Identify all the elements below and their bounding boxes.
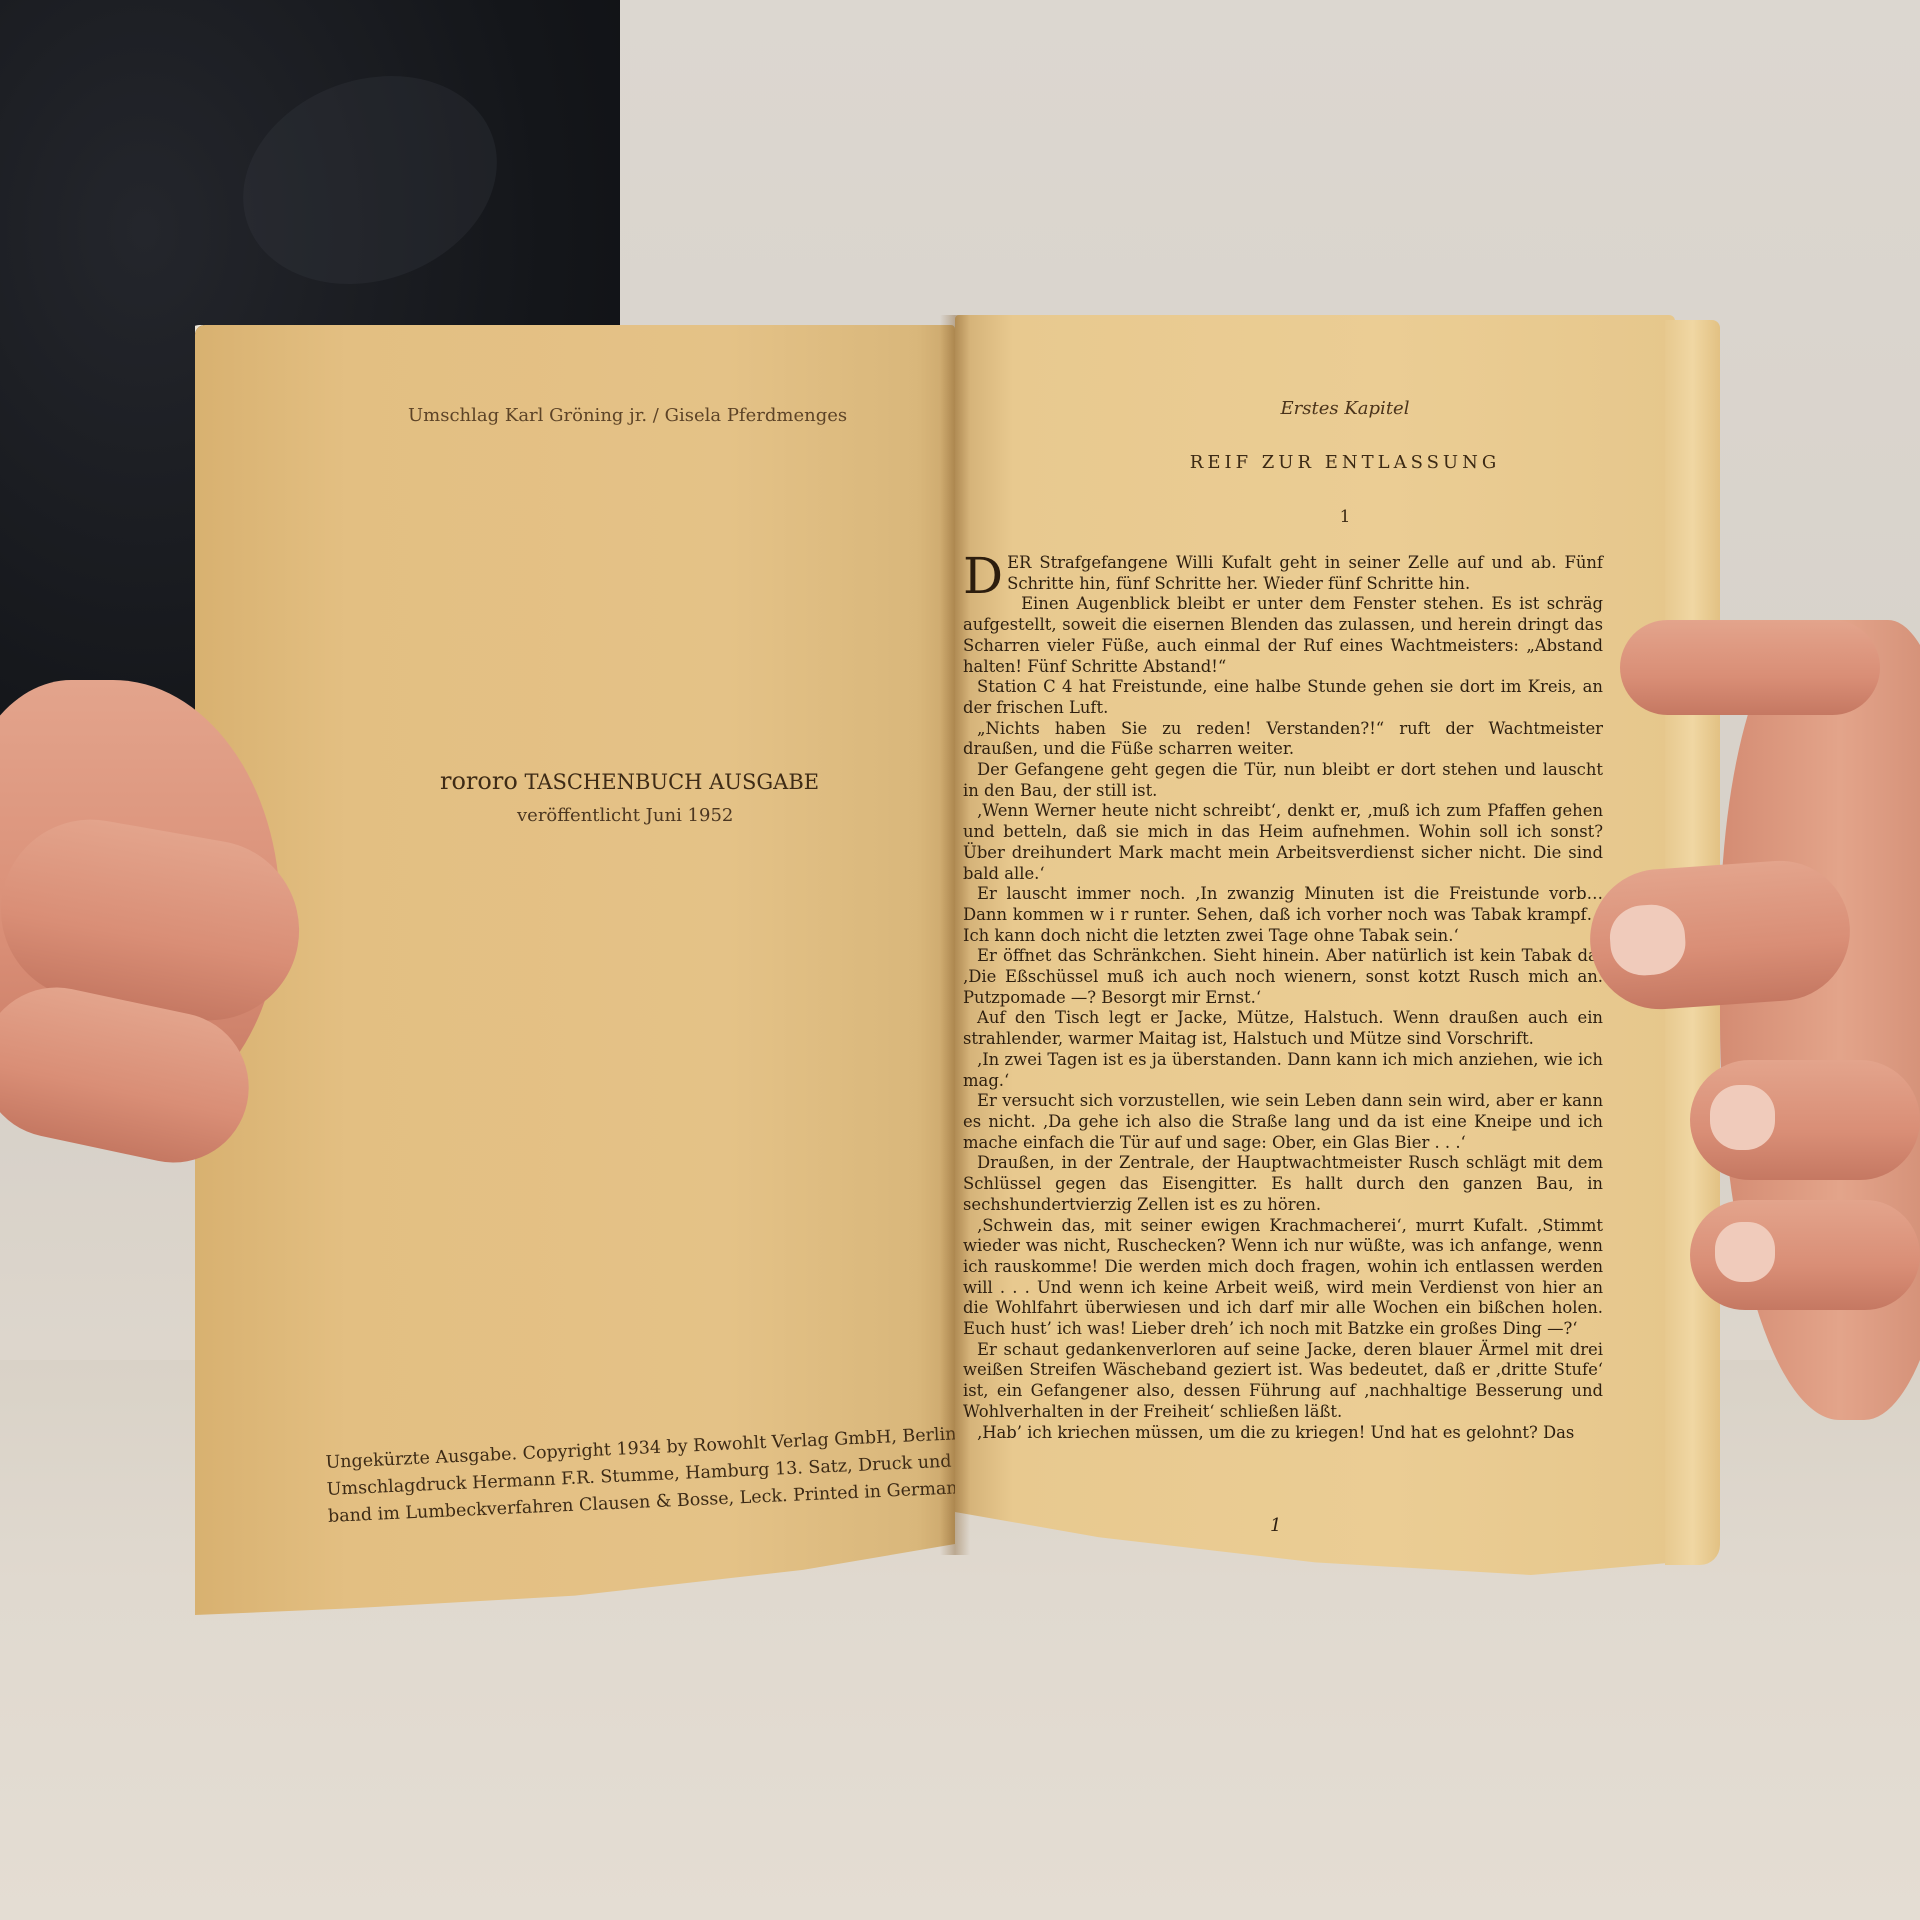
right-hand-finger bbox=[1690, 1060, 1920, 1180]
publication-date: veröffentlicht Juni 1952 bbox=[517, 805, 733, 826]
chapter-label: Erstes Kapitel bbox=[1035, 398, 1655, 419]
paragraph: Der Gefangene geht gegen die Tür, nun bl… bbox=[963, 760, 1603, 801]
right-hand-thumb bbox=[1585, 856, 1854, 1014]
edition-brand: rororo bbox=[440, 767, 518, 795]
right-hand-finger bbox=[1690, 1200, 1920, 1310]
paragraph: Er versucht sich vorzustellen, wie sein … bbox=[963, 1091, 1603, 1153]
cover-credit: Umschlag Karl Gröning jr. / Gisela Pferd… bbox=[408, 405, 847, 426]
paragraph: Auf den Tisch legt er Jacke, Mütze, Hals… bbox=[963, 1008, 1603, 1049]
left-page: Umschlag Karl Gröning jr. / Gisela Pferd… bbox=[195, 325, 955, 1615]
chapter-title: REIF ZUR ENTLASSUNG bbox=[1035, 452, 1655, 473]
page-number: 1 bbox=[1270, 1515, 1281, 1536]
paragraph: Er lauscht immer noch. ‚In zwanzig Minut… bbox=[963, 884, 1603, 946]
paragraph: Draußen, in der Zentrale, der Hauptwacht… bbox=[963, 1153, 1603, 1215]
paragraph: „Nichts haben Sie zu reden! Verstanden?!… bbox=[963, 719, 1603, 760]
paragraph: ‚Wenn Werner heute nicht schreibt‘, denk… bbox=[963, 801, 1603, 884]
paragraph: Station C 4 hat Freistunde, eine halbe S… bbox=[963, 677, 1603, 718]
edition-title: TASCHENBUCH AUSGABE bbox=[524, 770, 819, 794]
imprint: Ungekürzte Ausgabe. Copyright 1934 by Ro… bbox=[325, 1422, 938, 1531]
open-book: Umschlag Karl Gröning jr. / Gisela Pferd… bbox=[195, 315, 1725, 1615]
fingernail bbox=[1715, 1222, 1775, 1282]
paragraph: Er schaut gedankenverloren auf seine Jac… bbox=[963, 1340, 1603, 1423]
paragraph: DER Strafgefangene Willi Kufalt geht in … bbox=[963, 553, 1603, 594]
chapter-body: DER Strafgefangene Willi Kufalt geht in … bbox=[963, 553, 1603, 1443]
paragraph: Er öffnet das Schränkchen. Sieht hinein.… bbox=[963, 946, 1603, 1008]
paragraph: Einen Augenblick bleibt er unter dem Fen… bbox=[963, 594, 1603, 677]
edition-line: rororo TASCHENBUCH AUSGABE bbox=[440, 767, 819, 795]
drop-cap: D bbox=[963, 555, 1003, 597]
paragraph: ‚Schwein das, mit seiner ewigen Krachmac… bbox=[963, 1216, 1603, 1340]
section-number: 1 bbox=[1035, 507, 1655, 527]
fingernail bbox=[1710, 1085, 1775, 1150]
paragraph: ‚Hab’ ich kriechen müssen, um die zu kri… bbox=[963, 1423, 1603, 1444]
paragraph: ‚In zwei Tagen ist es ja überstanden. Da… bbox=[963, 1050, 1603, 1091]
sleeve-fold bbox=[214, 42, 527, 319]
thumbnail bbox=[1608, 903, 1688, 978]
right-hand-finger bbox=[1620, 620, 1880, 715]
